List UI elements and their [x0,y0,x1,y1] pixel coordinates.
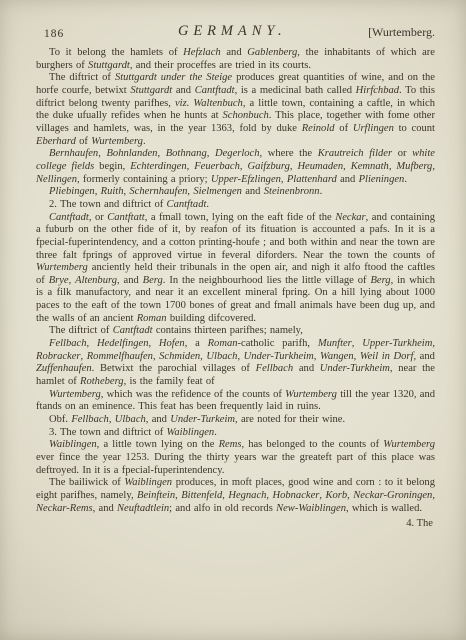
paragraph-cantstadt: Cantftadt, or Cantftatt, a fmall town, l… [36,212,435,326]
paragraph-stuttgardt-district: The diftrict of Stuttgardt under the Ste… [36,72,435,148]
paragraph-waiblingen: Waiblingen, a little town lying on the R… [36,439,435,477]
heading-cantstadt: 2. The town and diftrict of Cantftadt. [36,199,435,212]
paragraph-parish-list-1: Bernhaufen, Bohnlanden, Bothnang, Degerl… [36,148,435,186]
catchword: 4. The [36,518,435,529]
paragraph-wurtemberg-seat: Wurtemberg, which was the refidence of t… [36,389,435,414]
book-page-scan: 186 GERMANY. [Wurtemberg. To it belong t… [0,0,466,640]
paragraph-cantstadt-parishes-intro: The diftrict of Cantftadt contains thirt… [36,325,435,338]
heading-waiblingen: 3. The town and diftrict of Waiblingen. [36,427,435,440]
page-content: 186 GERMANY. [Wurtemberg. To it belong t… [36,20,435,529]
paragraph-parish-list-2: Pliebingen, Ruith, Schernhaufen, Sielmen… [36,186,435,199]
paragraph-hamlets: To it belong the hamlets of Hefzlach and… [36,47,435,72]
paragraph-cantstadt-parish-list: Fellbach, Hedelfingen, Hofen, a Roman-ca… [36,338,435,389]
section-label: [Wurtemberg. [368,25,435,40]
page-body: To it belong the hamlets of Hefzlach and… [36,47,435,515]
paragraph-observation-wine: Obf. Fellbach, Ulbach, and Under-Turkeim… [36,414,435,427]
running-title: GERMANY. [178,23,287,40]
page-number: 186 [44,28,64,40]
page-header: 186 GERMANY. [Wurtemberg. [36,20,435,40]
paragraph-waiblingen-bailiwick: The bailiwick of Waiblingen produces, in… [36,477,435,515]
